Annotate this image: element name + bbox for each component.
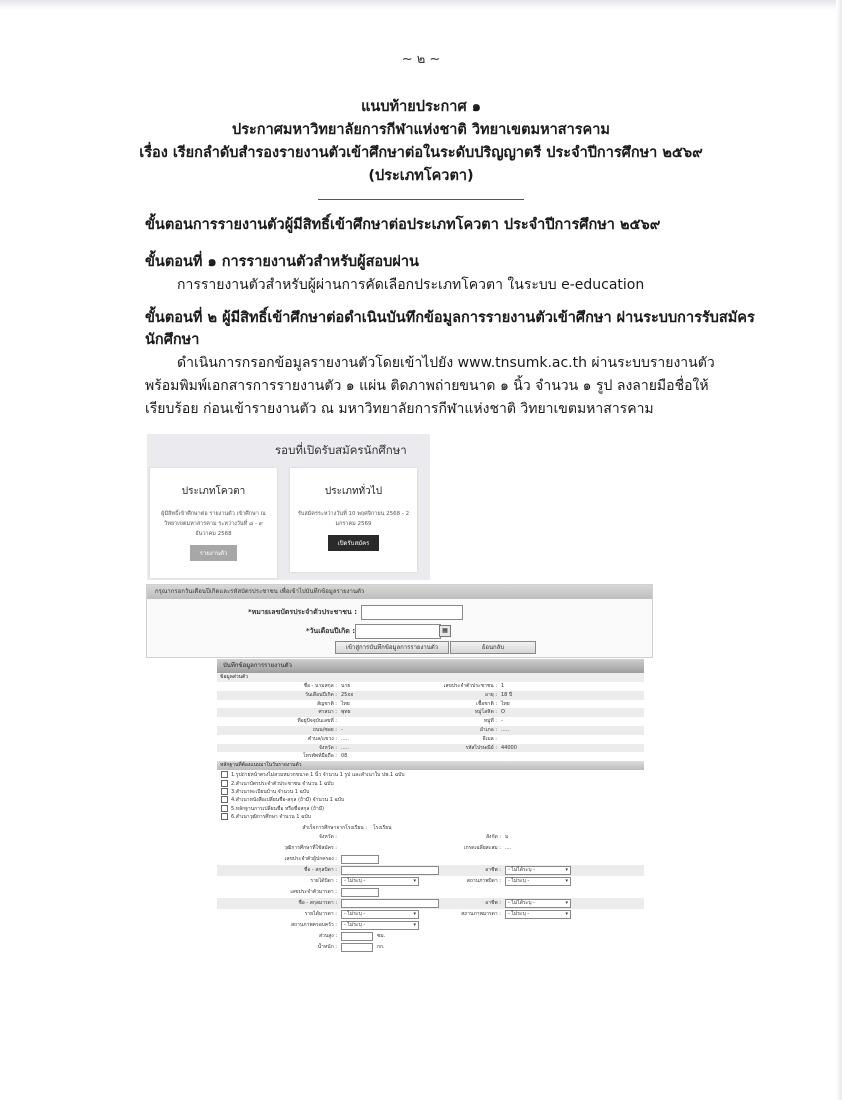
- field-label: ชื่อ - สกุลบิดา :: [217, 865, 337, 876]
- divider: [318, 199, 524, 200]
- admission-panel-title: รอบที่เปิดรับสมัครนักศึกษา: [275, 442, 407, 460]
- field-value: .....: [341, 735, 349, 744]
- step2-body-line2: พร้อมพิมพ์เอกสารการรายงานตัว ๑ แผ่น ติดภ…: [145, 375, 725, 398]
- select-field[interactable]: - ไม่ระบุ -: [341, 921, 419, 930]
- form-row: วุฒิการศึกษาที่ใช้สมัคร :เกรดเฉลี่ยสะสม …: [217, 843, 644, 854]
- personal-info-row: ที่อยู่ปัจจุบันเลขที่ : หมู่ที่ : -: [217, 717, 644, 726]
- field-value: 18 ปี: [501, 691, 512, 700]
- field-label: น้ำหนัก :: [217, 942, 337, 953]
- card-description: รับสมัครระหว่างวันที่ 10 พฤศจิกายน 2568 …: [290, 509, 417, 529]
- field-label: รหัสไปรษณีย์ :: [377, 744, 497, 753]
- field-label: เชื้อชาติ :: [377, 700, 497, 709]
- field-label: อีเมล :: [377, 735, 497, 744]
- calendar-icon[interactable]: ▦: [439, 625, 451, 637]
- general-card: ประเภททั่วไป รับสมัครระหว่างวันที่ 10 พฤ…: [290, 468, 417, 572]
- document-checkbox-item[interactable]: 5.หลักฐานการเปลี่ยนชื่อ หรือชื่อสกุล (ถ้…: [221, 805, 644, 813]
- lower-form-rows: จังหวัด :สังกัด :ม วุฒิการศึกษาที่ใช้สมั…: [217, 832, 644, 953]
- citizen-id-input[interactable]: [361, 605, 463, 620]
- field-label: สังกัด :: [407, 832, 501, 843]
- document-label: 5.หลักฐานการเปลี่ยนชื่อ หรือชื่อสกุล (ถ้…: [231, 806, 324, 812]
- admission-rounds-screenshot: รอบที่เปิดรับสมัครนักศึกษา ประเภทโควตา ผ…: [147, 434, 430, 580]
- section-title: ขั้นตอนการรายงานตัวผู้มีสิทธิ์เข้าศึกษาต…: [145, 214, 660, 236]
- id-label: *หมายเลขบัตรประจำตัวประชาชน :: [237, 607, 357, 618]
- personal-info-row: ศาสนา : พุทธหมู่โลหิต : O: [217, 708, 644, 717]
- school-value: โรงเรียน: [373, 824, 392, 833]
- field-label: สถานภาพบิดา :: [407, 876, 501, 887]
- personal-info-row: ถนน/ซอย : -อำเภอ : .....: [217, 726, 644, 735]
- header-line-1: แนบท้ายประกาศ ๑: [0, 96, 842, 119]
- form-row: ชื่อ - สกุลมารดา :อาชีพ :- ไม่ได้ระบุ -: [217, 898, 644, 909]
- personal-info-row: วันเดือนปีเกิด : 25xxอายุ : 18 ปี: [217, 691, 644, 700]
- field-value: ไทย: [341, 700, 350, 709]
- field-label: ชื่อ - นามสกุล :: [217, 682, 337, 691]
- login-instruction: กรุณากรอกวันเดือนปีเกิดและรหัสบัตรประชาช…: [147, 585, 652, 599]
- field-label: วันเดือนปีเกิด :: [217, 691, 337, 700]
- dob-label: *วันเดือนปีเกิด :: [237, 626, 355, 637]
- field-label: จังหวัด :: [217, 744, 337, 753]
- checkbox[interactable]: [221, 796, 228, 803]
- field-label: เกรดเฉลี่ยสะสม :: [407, 843, 501, 854]
- field-label: สัญชาติ :: [217, 700, 337, 709]
- field-label: หมู่โลหิต :: [377, 708, 497, 717]
- school-label: สำเร็จการศึกษาจากโรงเรียน :: [217, 824, 367, 833]
- scan-edge-top: [0, 0, 842, 10]
- form-row: ส่วนสูง : ซม.: [217, 931, 644, 942]
- form-row: เลขประจำตัวมารดา :: [217, 887, 644, 898]
- field-label: โทรศัพท์มือถือ :: [217, 752, 337, 761]
- field-label: เลขประจำตัวผู้ปกครอง :: [217, 854, 337, 865]
- checkbox[interactable]: [221, 813, 228, 820]
- card-title: ประเภทโควตา: [150, 484, 277, 499]
- document-label: 4.สำเนาหนังสือเปลี่ยนชื่อ-สกุล (ถ้ามี) จ…: [231, 797, 344, 803]
- checkbox[interactable]: [221, 780, 228, 787]
- personal-info-rows: ชื่อ - นามสกุล : นายเลขประจำตัวประชาชน :…: [217, 682, 644, 761]
- document-checkbox-item[interactable]: 1.รูปถ่ายหน้าตรงไม่สวมหมวกขนาด 1 นิ้ว จำ…: [221, 771, 644, 779]
- field-value: .....: [501, 726, 509, 735]
- field-value: 44000: [501, 744, 517, 753]
- personal-info-row: สัญชาติ : ไทยเชื้อชาติ : ไทย: [217, 700, 644, 709]
- field-label: รายได้บิดา :: [217, 876, 337, 887]
- document-checkbox-item[interactable]: 3.สำเนาทะเบียนบ้าน จำนวน 1 ฉบับ: [221, 788, 644, 796]
- field-value: นาย: [341, 682, 350, 691]
- field-label: ชื่อ - สกุลมารดา :: [217, 898, 337, 909]
- field-value: .....: [341, 744, 349, 753]
- text-input[interactable]: [341, 888, 379, 897]
- personal-info-row: โทรศัพท์มือถือ : 08: [217, 752, 644, 761]
- checkbox[interactable]: [221, 805, 228, 812]
- documents-title: หลักฐานที่ต้องแนบมาในวันรายงานตัว: [217, 761, 644, 770]
- form-row: สถานภาพครอบครัว :- ไม่ระบุ -: [217, 920, 644, 931]
- field-value: 08: [341, 752, 347, 761]
- form-row: ชื่อ - สกุลบิดา :อาชีพ :- ไม่ได้ระบุ -: [217, 865, 644, 876]
- text-input[interactable]: [341, 943, 373, 952]
- field-value: -: [501, 717, 503, 726]
- document-label: 3.สำเนาทะเบียนบ้าน จำนวน 1 ฉบับ: [231, 789, 309, 795]
- form-row: รายได้บิดา :- ไม่ระบุ -สถานภาพบิดา :- ไม…: [217, 876, 644, 887]
- report-form-title: บันทึกข้อมูลการรายงานตัว: [217, 659, 644, 673]
- dob-input[interactable]: [355, 624, 441, 639]
- report-form-screenshot: บันทึกข้อมูลการรายงานตัว ข้อมูลส่วนตัว ช…: [217, 659, 644, 919]
- step2-body-line3: เรียบร้อย ก่อนเข้ารายงานตัว ณ มหาวิทยาลั…: [145, 398, 725, 421]
- form-row: จังหวัด :สังกัด :ม: [217, 832, 644, 843]
- field-label: อำเภอ :: [377, 726, 497, 735]
- field-value: พุทธ: [341, 708, 351, 717]
- field-label: หมู่ที่ :: [377, 717, 497, 726]
- back-button[interactable]: ย้อนกลับ: [450, 641, 536, 654]
- select-field[interactable]: - ไม่ได้ระบุ -: [505, 899, 571, 908]
- unit-label: ซม.: [377, 931, 385, 942]
- step1-body: การรายงานตัวสำหรับผู้ผ่านการคัดเลือกประเ…: [145, 274, 757, 297]
- field-value: 25xx: [341, 691, 353, 700]
- field-label: รายได้มารดา :: [217, 909, 337, 920]
- text-input[interactable]: [341, 855, 379, 864]
- field-value: ม: [505, 832, 508, 843]
- document-checkbox-item[interactable]: 6.สำเนาวุฒิการศึกษา จำนวน 1 ฉบับ: [221, 813, 644, 821]
- personal-info-row: ตำบล/แขวง : .....อีเมล :: [217, 735, 644, 744]
- field-label: วุฒิการศึกษาที่ใช้สมัคร :: [217, 843, 337, 854]
- quota-card: ประเภทโควตา ผู้มีสิทธิ์เข้าศึกษาต่อ รายง…: [150, 468, 277, 578]
- text-input[interactable]: [341, 932, 373, 941]
- header-line-4: (ประเภทโควตา): [0, 165, 842, 188]
- report-button[interactable]: รายงานตัว: [190, 545, 238, 561]
- step2-title-line2: นักศึกษา: [145, 329, 199, 351]
- step2-title-line1: ขั้นตอนที่ ๒ ผู้มีสิทธิ์เข้าศึกษาต่อดำเน…: [145, 307, 755, 329]
- step2-body-line1: ดำเนินการกรอกข้อมูลรายงานตัวโดยเข้าไปยัง…: [145, 352, 757, 375]
- documents-checklist: 1.รูปถ่ายหน้าตรงไม่สวมหมวกขนาด 1 นิ้ว จำ…: [217, 770, 644, 823]
- apply-button[interactable]: เปิดรับสมัคร: [328, 535, 380, 551]
- enter-report-button[interactable]: เข้าสู่การบันทึกข้อมูลการรายงานตัว: [335, 641, 449, 654]
- card-description: ผู้มีสิทธิ์เข้าศึกษาต่อ รายงานตัว เข้าศึ…: [150, 509, 277, 539]
- personal-section-title: ข้อมูลส่วนตัว: [217, 673, 644, 682]
- document-checkbox-item[interactable]: 2.สำเนาบัตรประจำตัวประชาชน จำนวน 1 ฉบับ: [221, 780, 644, 788]
- document-checkbox-item[interactable]: 4.สำเนาหนังสือเปลี่ยนชื่อ-สกุล (ถ้ามี) จ…: [221, 796, 644, 804]
- select-field[interactable]: - ไม่ระบุ -: [505, 877, 571, 886]
- checkbox[interactable]: [221, 788, 228, 795]
- header-line-3: เรื่อง เรียกลำดับสำรองรายงานตัวเข้าศึกษา…: [0, 142, 842, 165]
- report-login-screenshot: กรุณากรอกวันเดือนปีเกิดและรหัสบัตรประชาช…: [146, 584, 653, 658]
- school-row: สำเร็จการศึกษาจากโรงเรียน : โรงเรียน: [217, 824, 644, 833]
- form-row: รายได้มารดา :- ไม่ระบุ -สถานภาพมารดา :- …: [217, 909, 644, 920]
- field-label: จังหวัด :: [217, 832, 337, 843]
- unit-label: กก.: [377, 942, 385, 953]
- field-value: ....: [505, 843, 511, 854]
- announcement-header: แนบท้ายประกาศ ๑ ประกาศมหาวิทยาลัยการกีฬา…: [0, 96, 842, 188]
- field-value: 1: [501, 682, 504, 691]
- field-value: ไทย: [501, 700, 510, 709]
- field-label: สถานภาพมารดา :: [407, 909, 501, 920]
- field-label: สถานภาพครอบครัว :: [217, 920, 337, 931]
- field-label: ถนน/ซอย :: [217, 726, 337, 735]
- personal-info-row: จังหวัด : .....รหัสไปรษณีย์ : 44000: [217, 744, 644, 753]
- field-label: ที่อยู่ปัจจุบันเลขที่ :: [217, 717, 337, 726]
- step1-title: ขั้นตอนที่ ๑ การรายงานตัวสำหรับผู้สอบผ่า…: [145, 251, 419, 273]
- field-value: O: [501, 708, 505, 717]
- field-label: อาชีพ :: [407, 865, 501, 876]
- header-line-2: ประกาศมหาวิทยาลัยการกีฬาแห่งชาติ วิทยาเข…: [0, 119, 842, 142]
- card-title: ประเภททั่วไป: [290, 484, 417, 499]
- form-row: น้ำหนัก : กก.: [217, 942, 644, 953]
- document-label: 2.สำเนาบัตรประจำตัวประชาชน จำนวน 1 ฉบับ: [231, 781, 334, 787]
- field-label: ตำบล/แขวง :: [217, 735, 337, 744]
- personal-info-row: ชื่อ - นามสกุล : นายเลขประจำตัวประชาชน :…: [217, 682, 644, 691]
- document-label: 6.สำเนาวุฒิการศึกษา จำนวน 1 ฉบับ: [231, 814, 311, 820]
- select-field[interactable]: - ไม่ระบุ -: [505, 910, 571, 919]
- document-label: 1.รูปถ่ายหน้าตรงไม่สวมหมวกขนาด 1 นิ้ว จำ…: [231, 772, 405, 778]
- select-field[interactable]: - ไม่ได้ระบุ -: [505, 866, 571, 875]
- field-label: เลขประจำตัวประชาชน :: [377, 682, 497, 691]
- field-label: ศาสนา :: [217, 708, 337, 717]
- field-label: อาชีพ :: [407, 898, 501, 909]
- field-label: อายุ :: [377, 691, 497, 700]
- form-row: เลขประจำตัวผู้ปกครอง :: [217, 854, 644, 865]
- field-label: ส่วนสูง :: [217, 931, 337, 942]
- field-value: -: [341, 726, 343, 735]
- page-number: ~ ๒ ~: [0, 48, 842, 69]
- checkbox[interactable]: [221, 771, 228, 778]
- field-label: เลขประจำตัวมารดา :: [217, 887, 337, 898]
